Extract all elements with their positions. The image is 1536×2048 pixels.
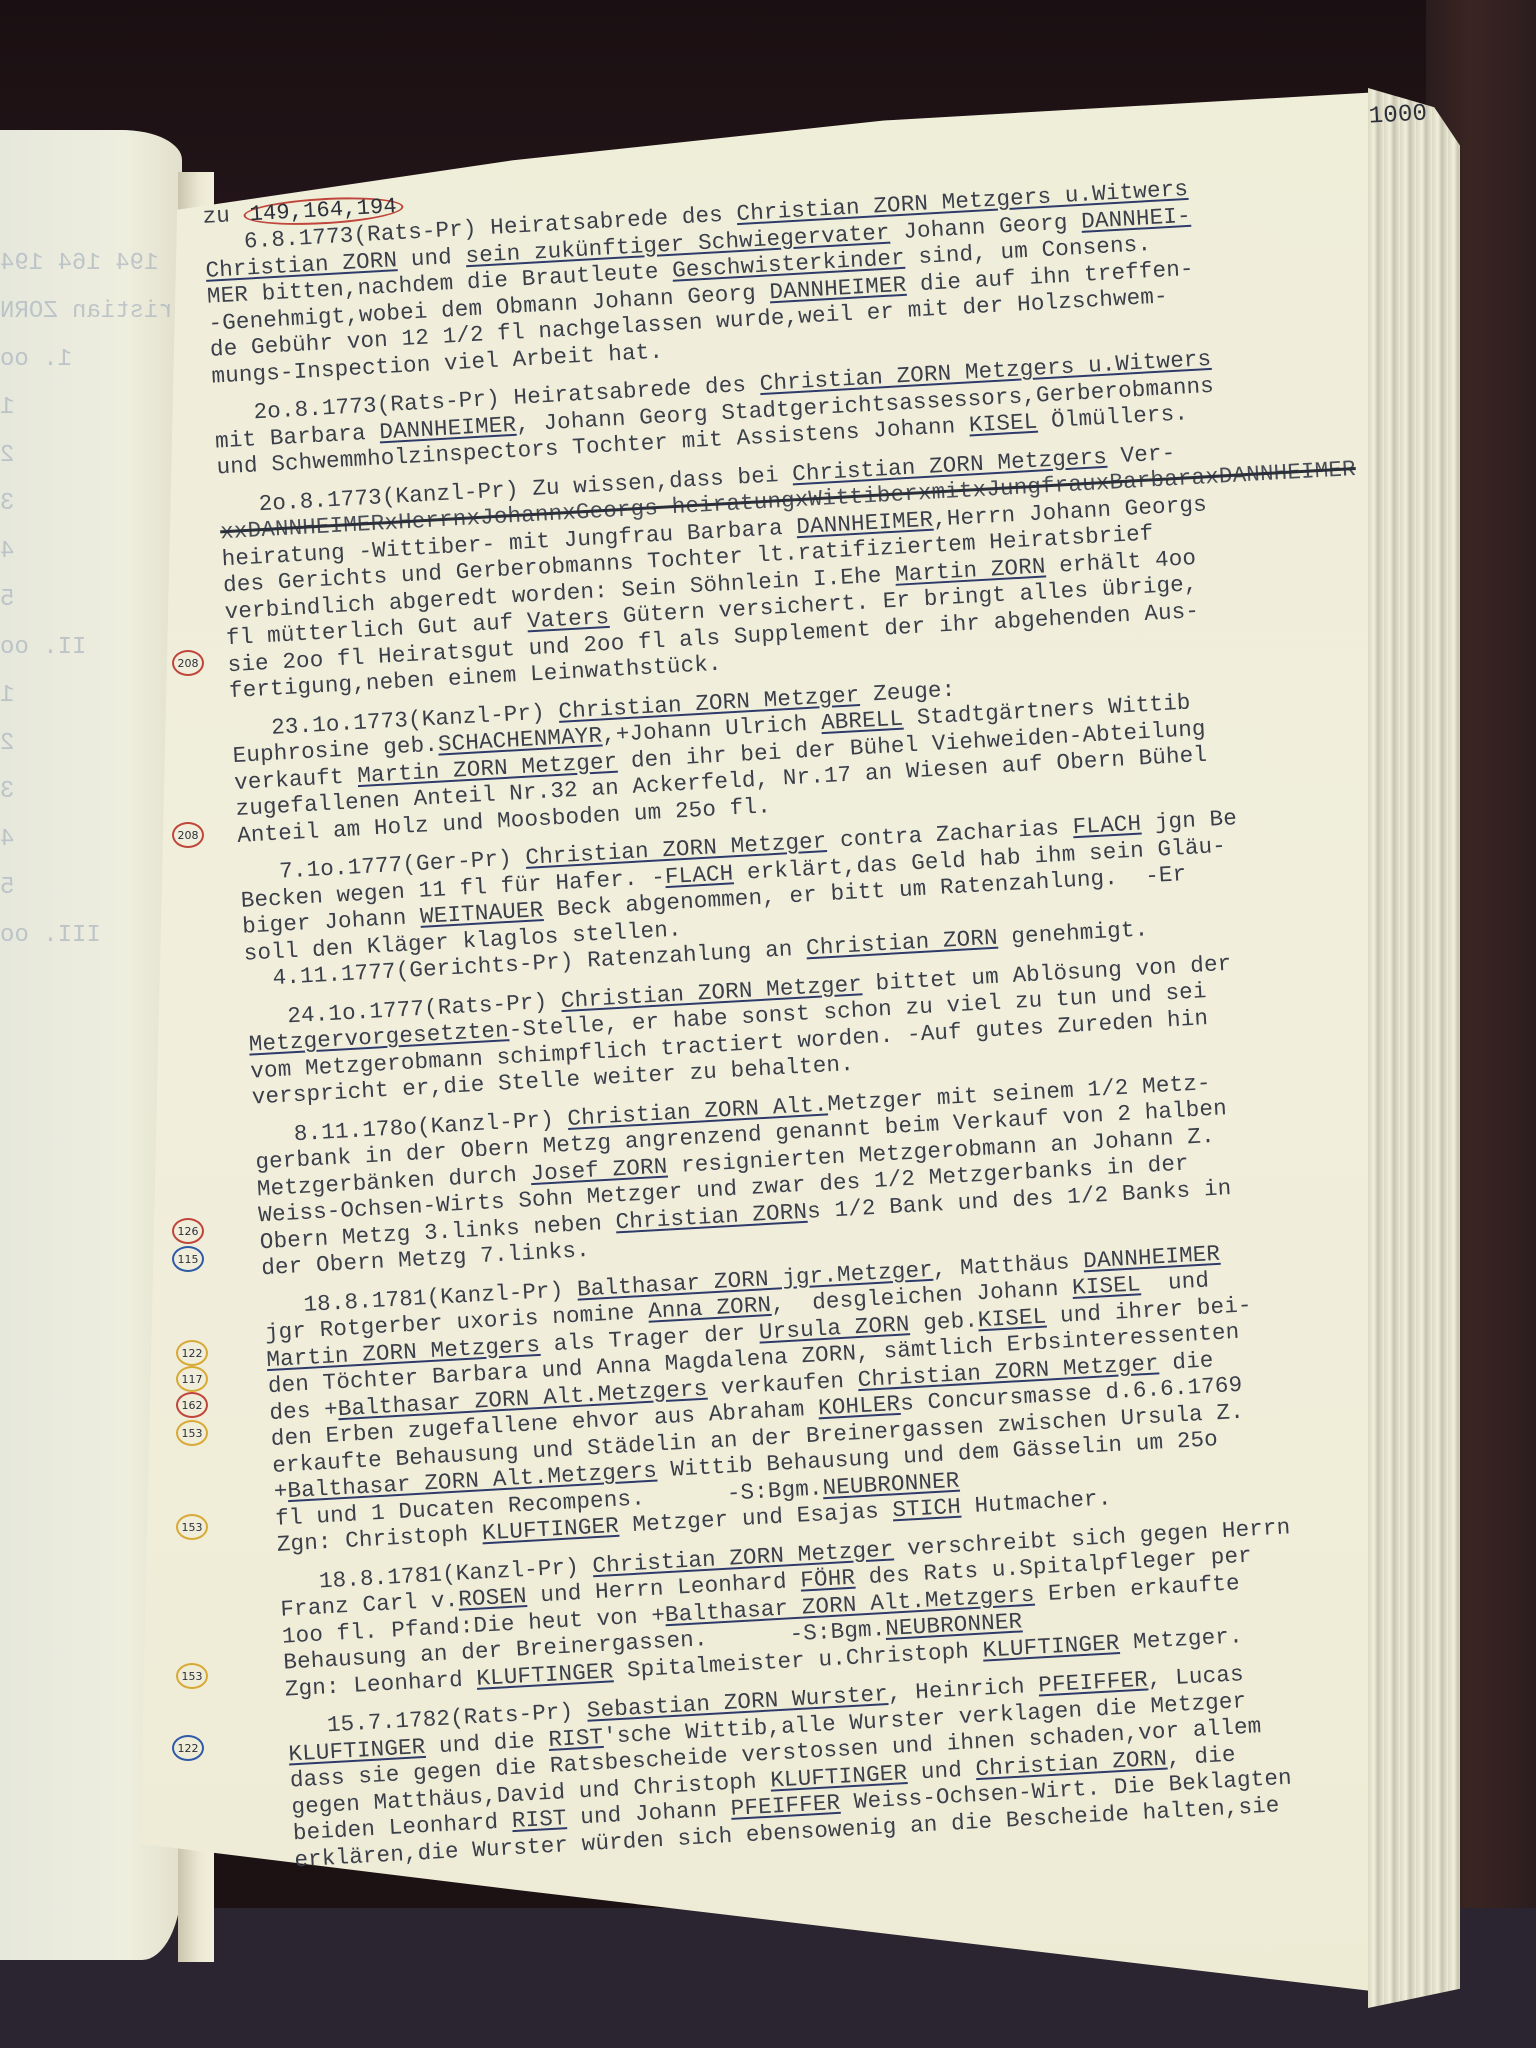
margin-reference-circle: 153	[176, 1420, 208, 1446]
ghost-line: III. oo	[0, 922, 101, 949]
ghost-line: 2	[0, 730, 14, 757]
margin-reference-circle: 208	[172, 650, 204, 676]
margin-reference-circle: 153	[176, 1663, 208, 1689]
ghost-line: 1	[0, 394, 14, 421]
margin-reference-circle: 117	[176, 1366, 208, 1392]
ghost-line: 4	[0, 826, 14, 853]
margin-reference-circle: 208	[172, 822, 204, 848]
margin-reference-circle: 122	[172, 1735, 204, 1761]
ghost-line: 3	[0, 490, 14, 517]
margin-reference-circle: 162	[176, 1392, 208, 1418]
ghost-line: 1. oo	[0, 346, 72, 373]
entries-list: 6.8.1773(Rats-Pr) Heiratsabrede des Chri…	[203, 165, 1473, 1873]
margin-reference-circle: 126	[172, 1218, 204, 1244]
ghost-line: 5	[0, 874, 14, 901]
ghost-line: 1	[0, 682, 14, 709]
ghost-line: II. oo	[0, 634, 86, 661]
ghost-line: 4	[0, 538, 14, 565]
ghost-line: 194 164 194	[0, 250, 158, 277]
page-number: 1000	[1368, 101, 1428, 131]
ghost-line: Christian ZORN	[0, 298, 182, 325]
entry: 18.8.1781(Kanzl-Pr) Balthasar ZORN jgr.M…	[263, 1228, 1456, 1558]
margin-reference-circle: 122	[176, 1340, 208, 1366]
margin-reference-circle: 153	[176, 1514, 208, 1540]
reference-prefix: zu	[202, 202, 231, 229]
ghost-line: 5	[0, 586, 14, 613]
typed-text-body: 1000 zu 149,164,194 6.8.1773(Rats-Pr) He…	[200, 104, 1474, 1885]
margin-reference-circle: 115	[172, 1246, 204, 1272]
ghost-line: 3	[0, 778, 14, 805]
ghost-line: 2	[0, 442, 14, 469]
